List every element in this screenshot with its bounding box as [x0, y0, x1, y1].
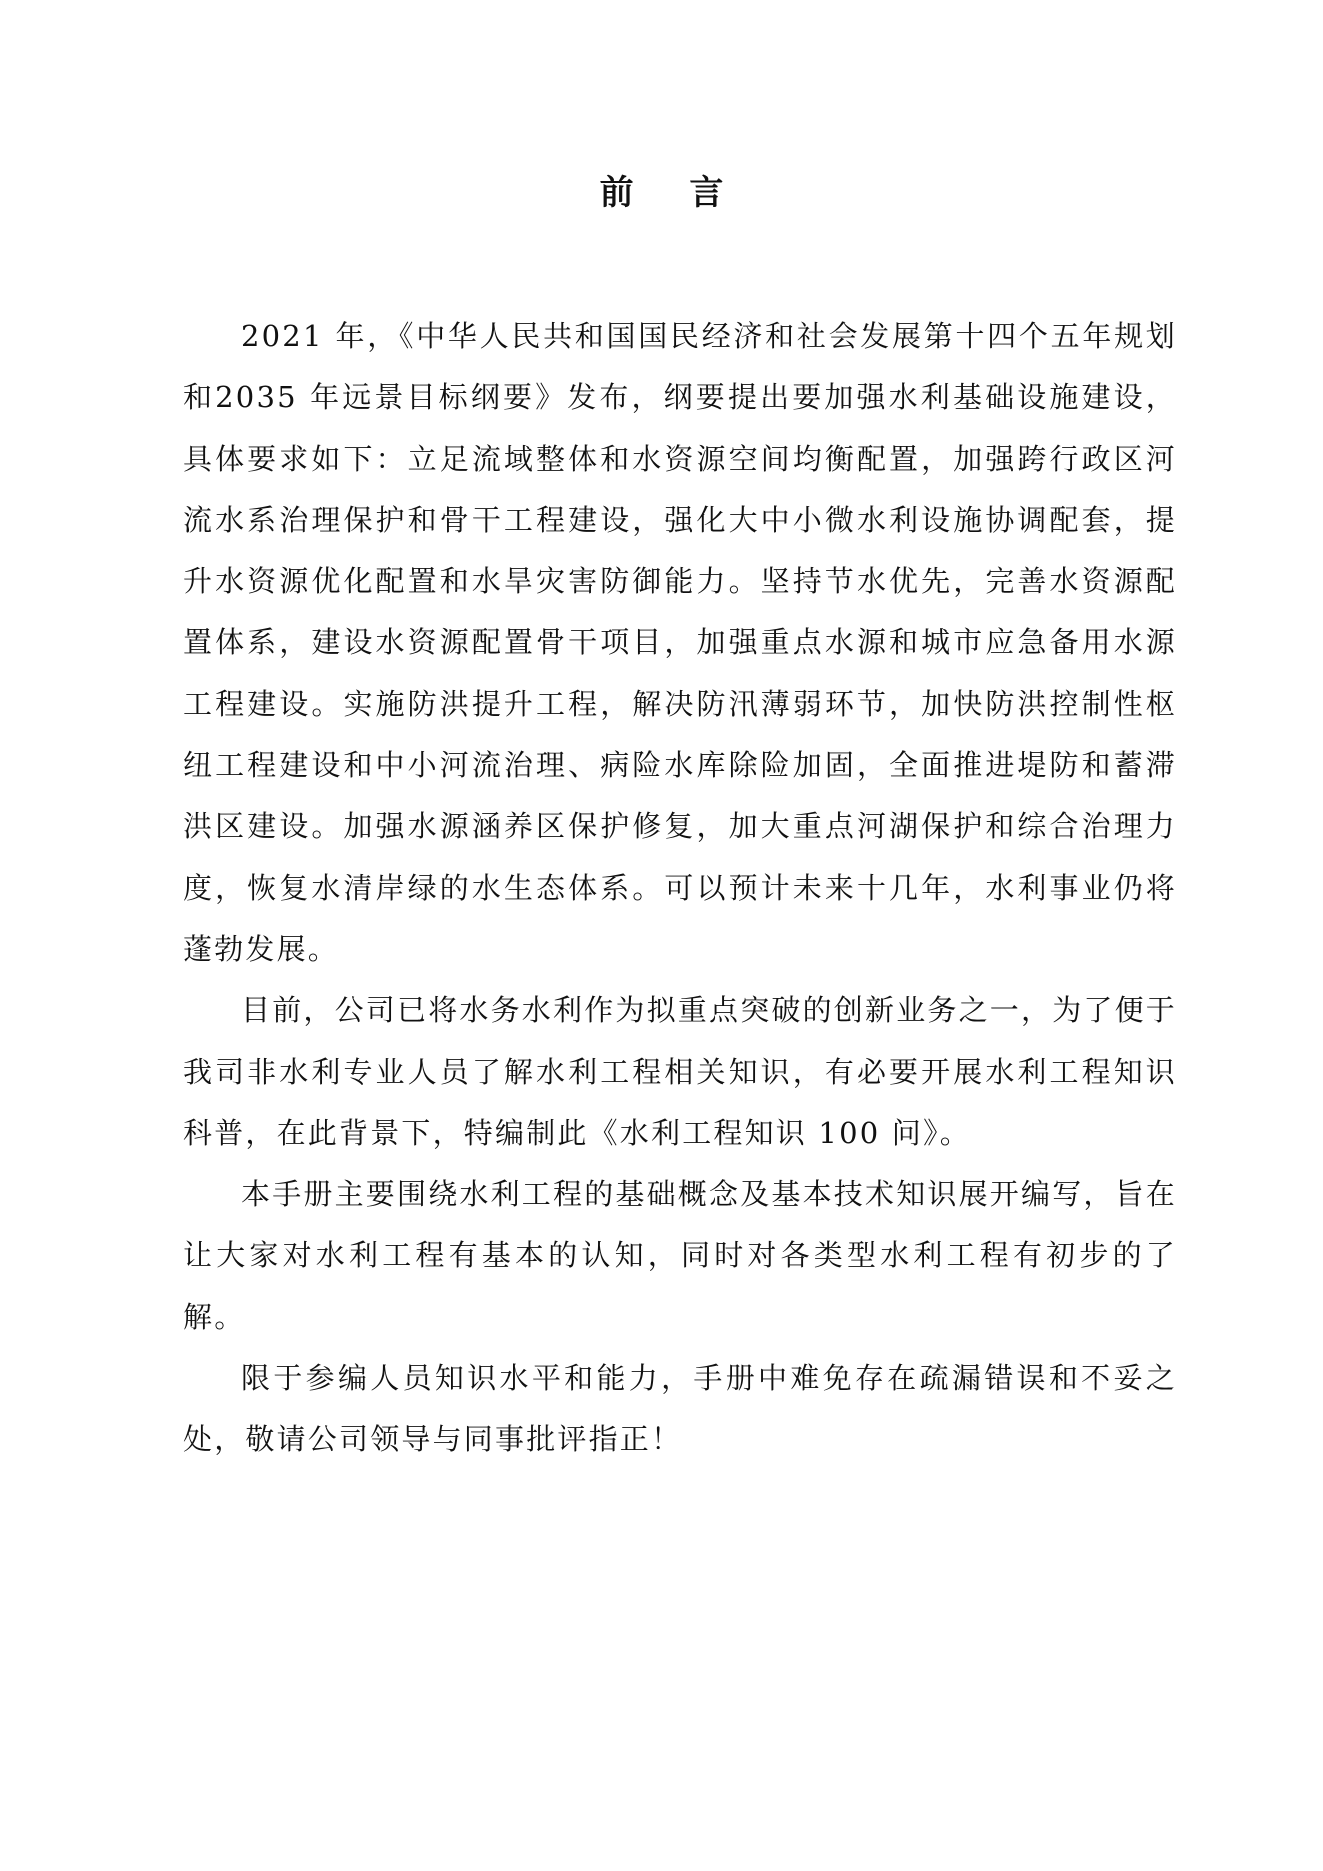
paragraph-purpose: 目前，公司已将水务水利作为拟重点突破的创新业务之一，为了便于我司非水利专业人员了… [183, 980, 1177, 1164]
paragraph-scope: 本手册主要围绕水利工程的基础概念及基本技术知识展开编写，旨在让大家对水利工程有基… [183, 1164, 1177, 1348]
page-title: 前 言 [0, 168, 1323, 218]
paragraph-disclaimer: 限于参编人员知识水平和能力，手册中难免存在疏漏错误和不妥之处，敬请公司领导与同事… [183, 1348, 1177, 1471]
paragraph-background: 2021 年，《中华人民共和国国民经济和社会发展第十四个五年规划和2035 年远… [183, 306, 1177, 980]
document-body: 2021 年，《中华人民共和国国民经济和社会发展第十四个五年规划和2035 年远… [183, 306, 1177, 1471]
document-page: 前 言 2021 年，《中华人民共和国国民经济和社会发展第十四个五年规划和203… [0, 0, 1323, 1871]
